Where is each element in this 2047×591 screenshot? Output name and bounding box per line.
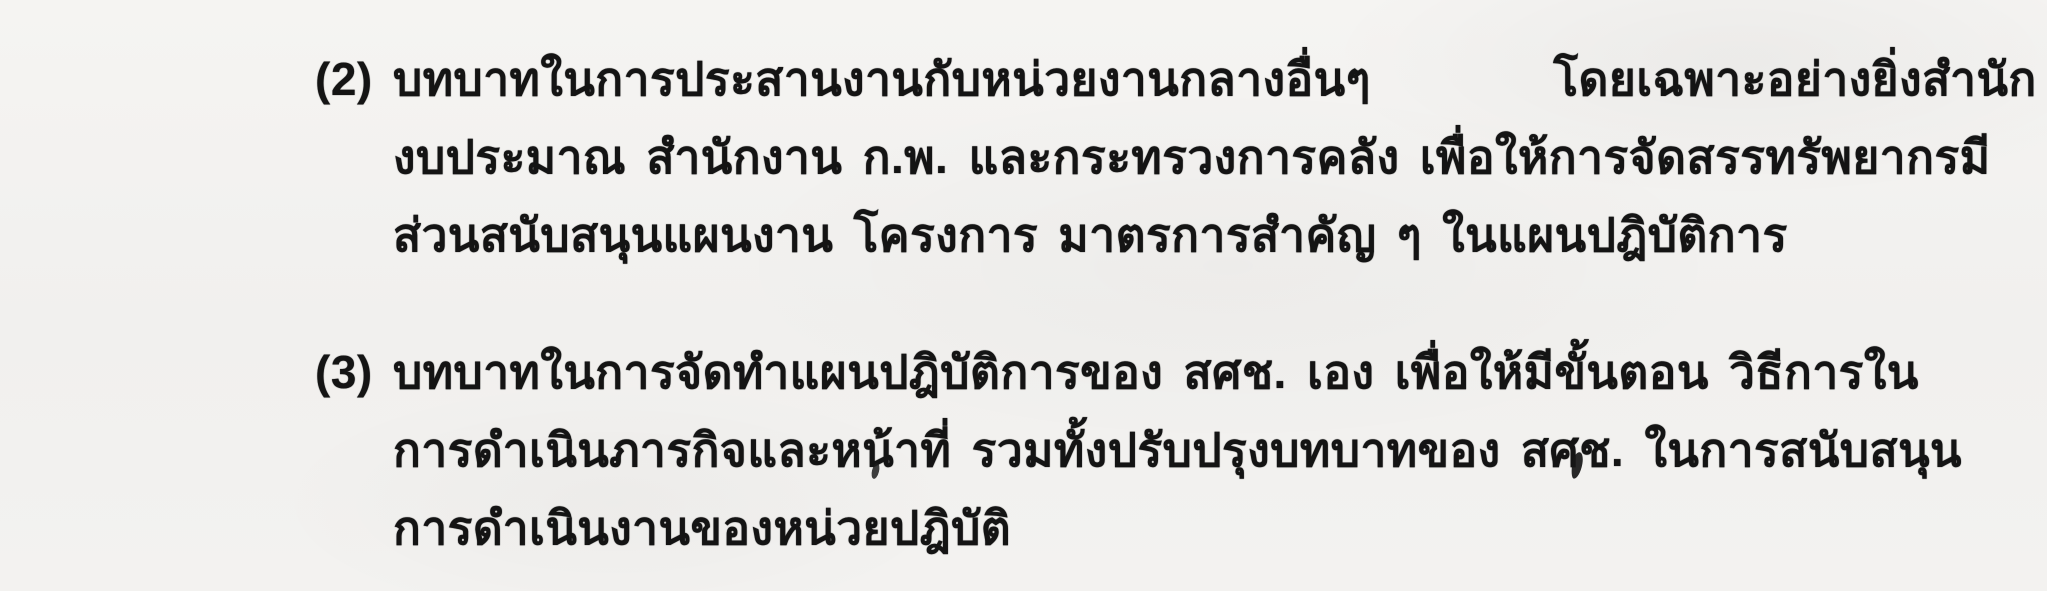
paragraph-2-line-1: (2)บทบาทในการประสานงานกับหน่วยงานกลางอื่… [315,40,1915,118]
paragraph-2-line-2: งบประมาณ สำนักงาน ก.พ. และกระทรวงการคลัง… [393,118,1915,196]
list-marker-2: (2) [315,40,393,118]
paragraph-3-line-3: การดำเนินงานของหน่วยปฎิบัติ [393,489,1915,567]
paragraph-3-line-1-text: บทบาทในการจัดทำแผนปฎิบัติการของ สศช. เอง… [393,346,1919,398]
document-page: (2)บทบาทในการประสานงานกับหน่วยงานกลางอื่… [0,0,2047,591]
paragraph-3: (3)บทบาทในการจัดทำแผนปฎิบัติการของ สศช. … [315,333,1915,567]
list-marker-3: (3) [315,333,393,411]
paragraph-2: (2)บทบาทในการประสานงานกับหน่วยงานกลางอื่… [315,40,1915,274]
paragraph-2-line-1-text: บทบาทในการประสานงานกับหน่วยงานกลางอื่นๆ … [393,53,2037,105]
paragraph-3-line-1: (3)บทบาทในการจัดทำแผนปฎิบัติการของ สศช. … [315,333,1915,411]
paragraph-2-line-3: ส่วนสนับสนุนแผนงาน โครงการ มาตรการสำคัญ … [393,196,1915,274]
paragraph-3-line-2: การดำเนินภารกิจและหน้าที่ รวมทั้งปรับปรุ… [393,411,1915,489]
